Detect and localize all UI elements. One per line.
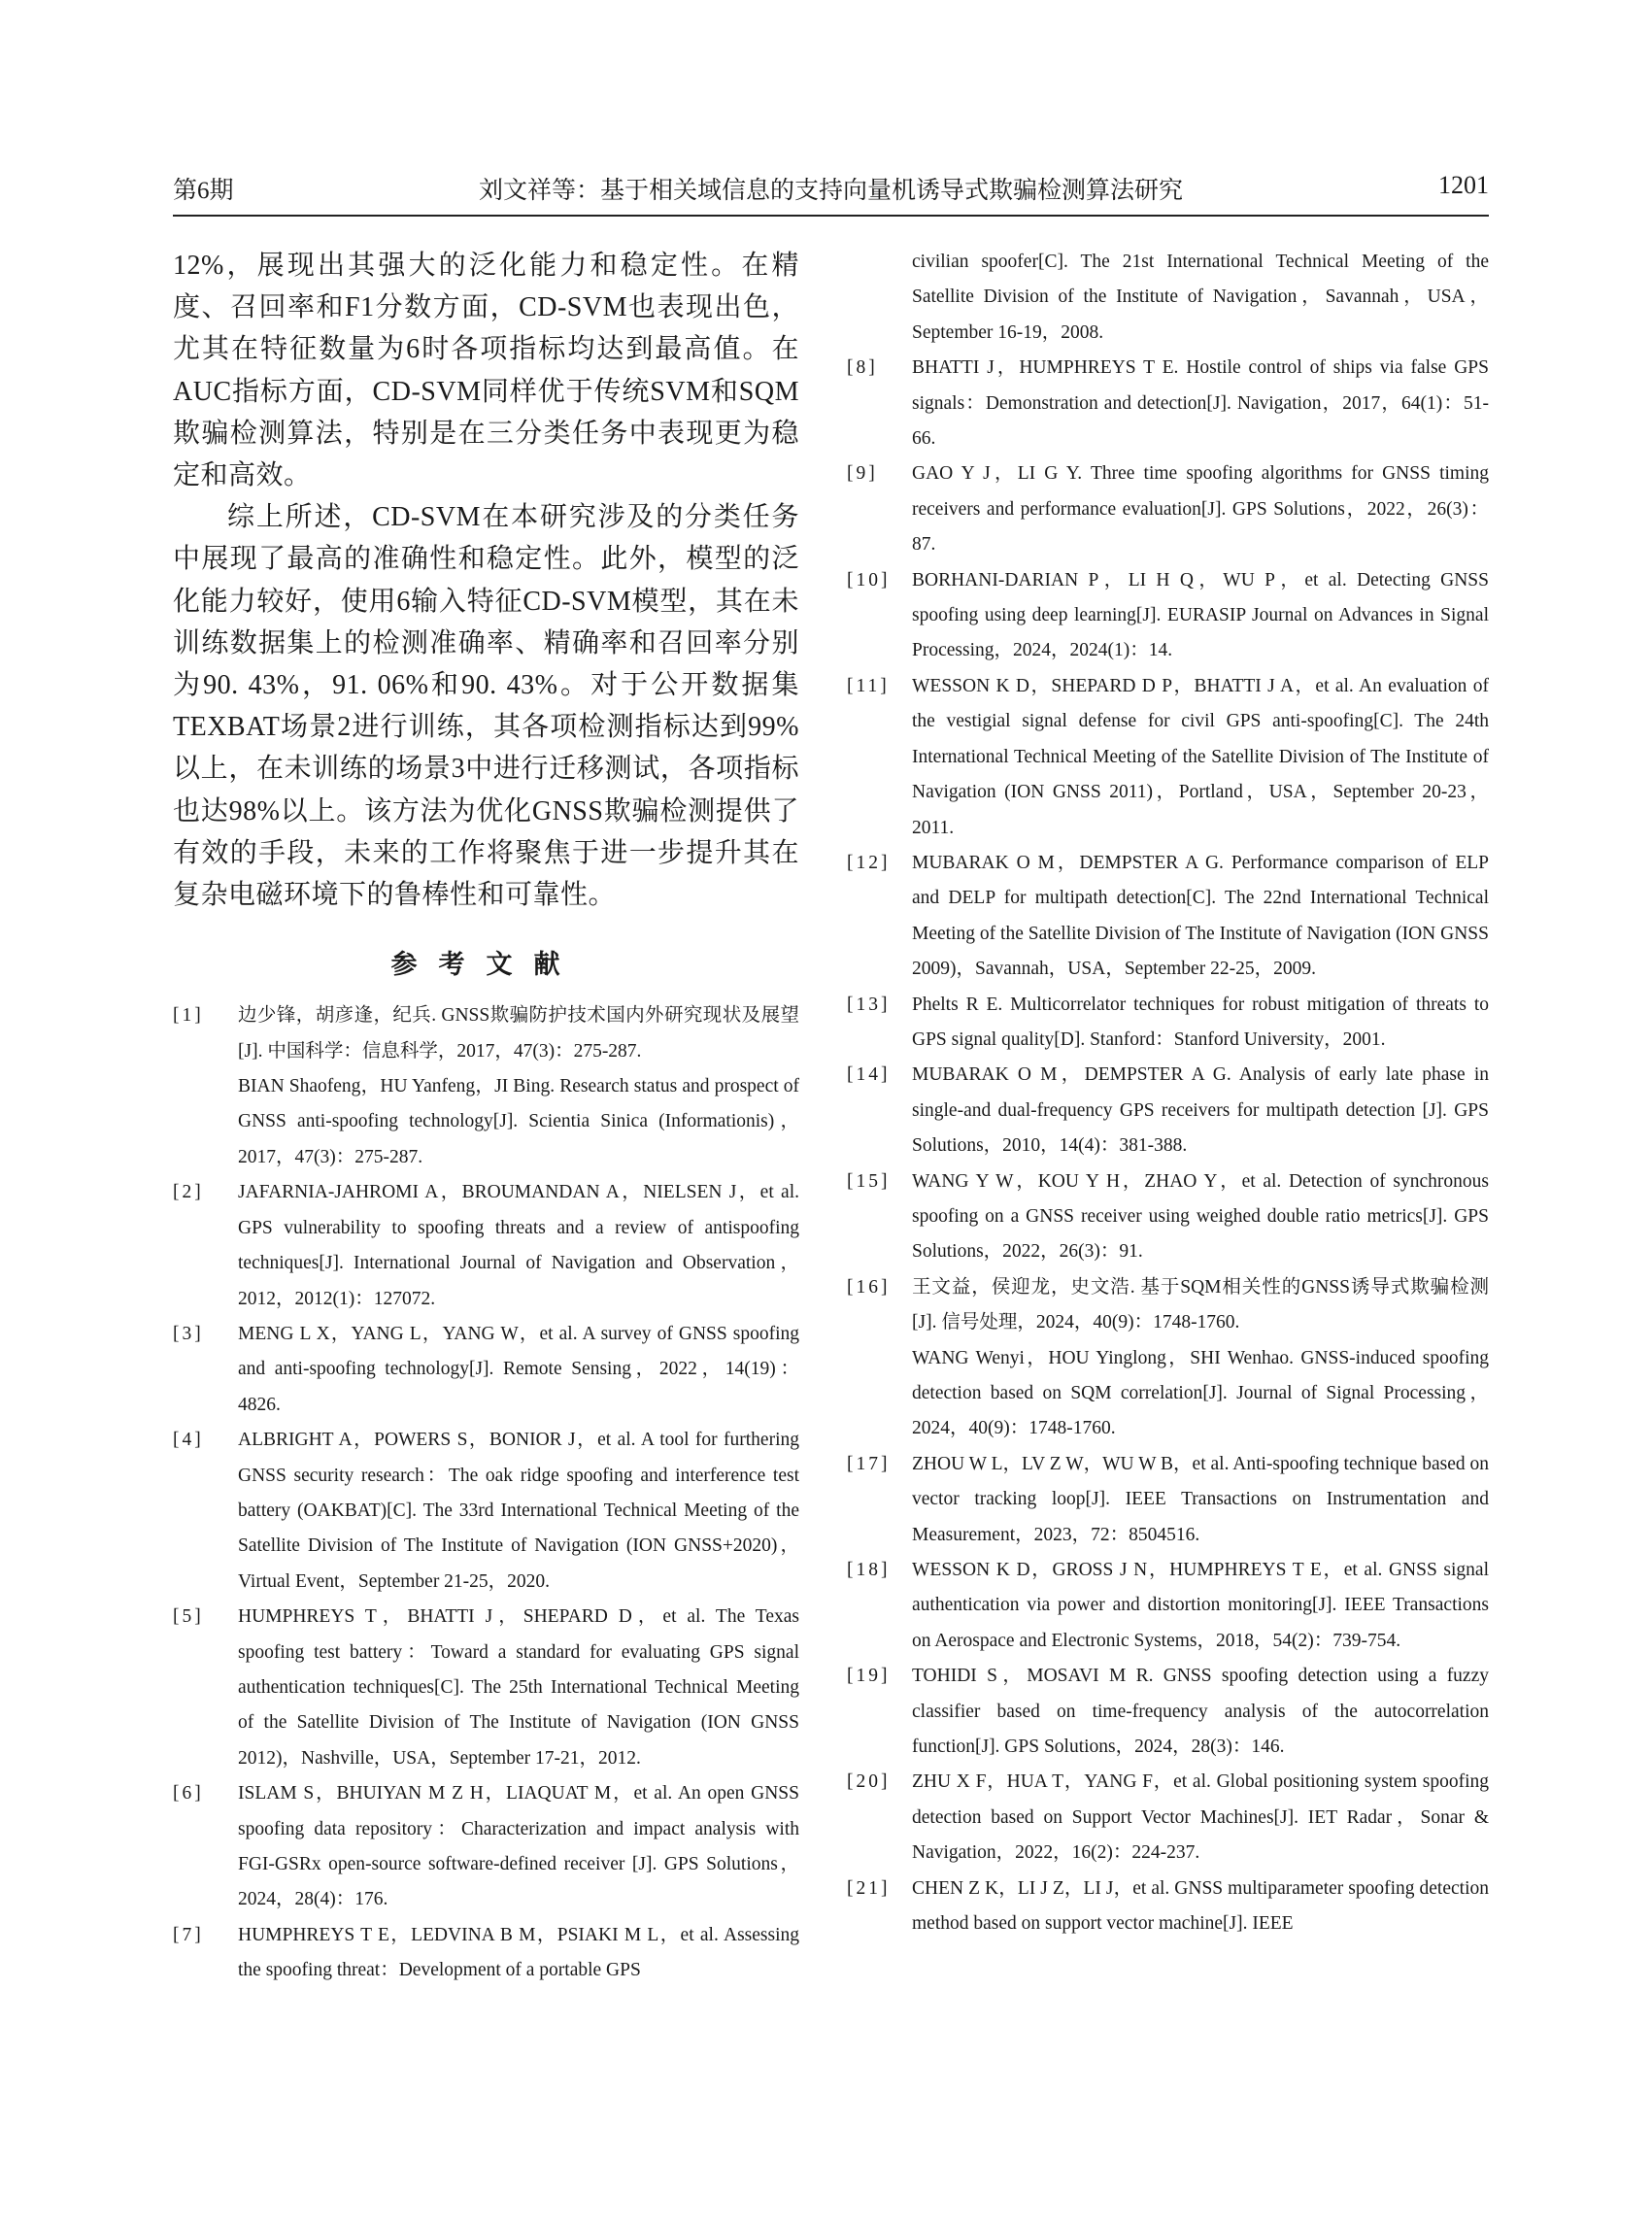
reference-number: [4] bbox=[173, 1423, 231, 1458]
reference-text-en: WANG Wenyi，HOU Yinglong，SHI Wenhao. GNSS… bbox=[912, 1341, 1489, 1447]
reference-number: [1] bbox=[173, 998, 231, 1033]
reference-item: [18] WESSON K D，GROSS J N，HUMPHREYS T E，… bbox=[847, 1553, 1489, 1659]
running-title: 刘文祥等：基于相关域信息的支持向量机诱导式欺骗检测算法研究 bbox=[173, 171, 1489, 206]
reference-text: JAFARNIA-JAHROMI A，BROUMANDAN A，NIELSEN … bbox=[238, 1175, 799, 1317]
right-column: civilian spoofer[C]. The 21st Internatio… bbox=[847, 245, 1489, 1942]
reference-text: HUMPHREYS T E，LEDVINA B M，PSIAKI M L，et … bbox=[238, 1918, 799, 1989]
reference-item: [16] 王文益，侯迎龙，史文浩. 基于SQM相关性的GNSS诱导式欺骗检测[J… bbox=[847, 1270, 1489, 1447]
reference-item: [10] BORHANI-DARIAN P，LI H Q，WU P，et al.… bbox=[847, 563, 1489, 669]
reference-text-en: BIAN Shaofeng，HU Yanfeng，JI Bing. Resear… bbox=[238, 1069, 799, 1175]
reference-number: [13] bbox=[847, 988, 905, 1023]
reference-number: [21] bbox=[847, 1872, 905, 1906]
reference-item: [8] BHATTI J，HUMPHREYS T E. Hostile cont… bbox=[847, 351, 1489, 456]
reference-item: [19] TOHIDI S，MOSAVI M R. GNSS spoofing … bbox=[847, 1659, 1489, 1765]
body-paragraph: 综上所述，CD-SVM在本研究涉及的分类任务中展现了最高的准确性和稳定性。此外，… bbox=[173, 496, 799, 916]
reference-number: [20] bbox=[847, 1765, 905, 1800]
page-number: 1201 bbox=[1438, 171, 1489, 200]
reference-item: [15] WANG Y W，KOU Y H，ZHAO Y，et al. Dete… bbox=[847, 1164, 1489, 1270]
reference-number: [5] bbox=[173, 1600, 231, 1635]
reference-item: [7] HUMPHREYS T E，LEDVINA B M，PSIAKI M L… bbox=[173, 1918, 799, 1989]
reference-text: BORHANI-DARIAN P，LI H Q，WU P，et al. Dete… bbox=[912, 563, 1489, 669]
reference-text: 王文益，侯迎龙，史文浩. 基于SQM相关性的GNSS诱导式欺骗检测[J]. 信号… bbox=[912, 1270, 1489, 1341]
reference-text: MUBARAK O M，DEMPSTER A G. Analysis of ea… bbox=[912, 1058, 1489, 1164]
reference-number: [11] bbox=[847, 669, 905, 704]
reference-number: [2] bbox=[173, 1175, 231, 1210]
reference-item: [14] MUBARAK O M，DEMPSTER A G. Analysis … bbox=[847, 1058, 1489, 1164]
reference-text: ALBRIGHT A，POWERS S，BONIOR J，et al. A to… bbox=[238, 1423, 799, 1600]
reference-item: [4] ALBRIGHT A，POWERS S，BONIOR J，et al. … bbox=[173, 1423, 799, 1600]
reference-number: [16] bbox=[847, 1270, 905, 1305]
body-paragraph: 12%，展现出其强大的泛化能力和稳定性。在精度、召回率和F1分数方面，CD-SV… bbox=[173, 245, 799, 496]
reference-number: [7] bbox=[173, 1918, 231, 1953]
reference-item: [1] 边少锋，胡彦逢，纪兵. GNSS欺骗防护技术国内外研究现状及展望[J].… bbox=[173, 998, 799, 1175]
left-column: 12%，展现出其强大的泛化能力和稳定性。在精度、召回率和F1分数方面，CD-SV… bbox=[173, 245, 799, 1989]
reference-text: MUBARAK O M，DEMPSTER A G. Performance co… bbox=[912, 846, 1489, 988]
reference-text: WANG Y W，KOU Y H，ZHAO Y，et al. Detection… bbox=[912, 1164, 1489, 1270]
reference-item: [17] ZHOU W L，LV Z W，WU W B，et al. Anti-… bbox=[847, 1447, 1489, 1553]
reference-item: [11] WESSON K D，SHEPARD D P，BHATTI J A，e… bbox=[847, 669, 1489, 846]
reference-text: GAO Y J，LI G Y. Three time spoofing algo… bbox=[912, 456, 1489, 562]
reference-text: WESSON K D，GROSS J N，HUMPHREYS T E，et al… bbox=[912, 1553, 1489, 1659]
reference-text: CHEN Z K，LI J Z，LI J，et al. GNSS multipa… bbox=[912, 1872, 1489, 1942]
reference-item: [6] ISLAM S，BHUIYAN M Z H，LIAQUAT M，et a… bbox=[173, 1776, 799, 1918]
header-rule bbox=[173, 215, 1489, 217]
running-header: 第6期 刘文祥等：基于相关域信息的支持向量机诱导式欺骗检测算法研究 1201 bbox=[173, 171, 1489, 214]
reference-item: [5] HUMPHREYS T，BHATTI J，SHEPARD D，et al… bbox=[173, 1600, 799, 1776]
reference-number: [12] bbox=[847, 846, 905, 881]
reference-number: [18] bbox=[847, 1553, 905, 1588]
reference-number: [3] bbox=[173, 1317, 231, 1352]
reference-text: 边少锋，胡彦逢，纪兵. GNSS欺骗防护技术国内外研究现状及展望[J]. 中国科… bbox=[238, 998, 799, 1069]
reference-item: [9] GAO Y J，LI G Y. Three time spoofing … bbox=[847, 456, 1489, 562]
reference-number: [6] bbox=[173, 1776, 231, 1811]
references-heading: 参考文献 bbox=[173, 943, 799, 981]
reference-number: [14] bbox=[847, 1058, 905, 1093]
reference-number: [9] bbox=[847, 456, 905, 491]
reference-item: [20] ZHU X F，HUA T，YANG F，et al. Global … bbox=[847, 1765, 1489, 1871]
reference-number: [10] bbox=[847, 563, 905, 598]
reference-item: [2] JAFARNIA-JAHROMI A，BROUMANDAN A，NIEL… bbox=[173, 1175, 799, 1317]
reference-item: [13] Phelts R E. Multicorrelator techniq… bbox=[847, 988, 1489, 1059]
reference-number: [8] bbox=[847, 351, 905, 386]
reference-text: ZHU X F，HUA T，YANG F，et al. Global posit… bbox=[912, 1765, 1489, 1871]
reference-number: [15] bbox=[847, 1164, 905, 1199]
reference-text: HUMPHREYS T，BHATTI J，SHEPARD D，et al. Th… bbox=[238, 1600, 799, 1776]
reference-number: [19] bbox=[847, 1659, 905, 1694]
reference-text: BHATTI J，HUMPHREYS T E. Hostile control … bbox=[912, 351, 1489, 456]
reference-text: civilian spoofer[C]. The 21st Internatio… bbox=[912, 245, 1489, 351]
reference-item: [21] CHEN Z K，LI J Z，LI J，et al. GNSS mu… bbox=[847, 1872, 1489, 1942]
reference-item-continued: civilian spoofer[C]. The 21st Internatio… bbox=[847, 245, 1489, 351]
reference-text: ISLAM S，BHUIYAN M Z H，LIAQUAT M，et al. A… bbox=[238, 1776, 799, 1918]
reference-text: Phelts R E. Multicorrelator techniques f… bbox=[912, 988, 1489, 1059]
reference-item: [12] MUBARAK O M，DEMPSTER A G. Performan… bbox=[847, 846, 1489, 988]
reference-item: [3] MENG L X，YANG L，YANG W，et al. A surv… bbox=[173, 1317, 799, 1423]
reference-text: TOHIDI S，MOSAVI M R. GNSS spoofing detec… bbox=[912, 1659, 1489, 1765]
reference-text: ZHOU W L，LV Z W，WU W B，et al. Anti-spoof… bbox=[912, 1447, 1489, 1553]
reference-text: WESSON K D，SHEPARD D P，BHATTI J A，et al.… bbox=[912, 669, 1489, 846]
reference-number: [17] bbox=[847, 1447, 905, 1482]
reference-text: MENG L X，YANG L，YANG W，et al. A survey o… bbox=[238, 1317, 799, 1423]
